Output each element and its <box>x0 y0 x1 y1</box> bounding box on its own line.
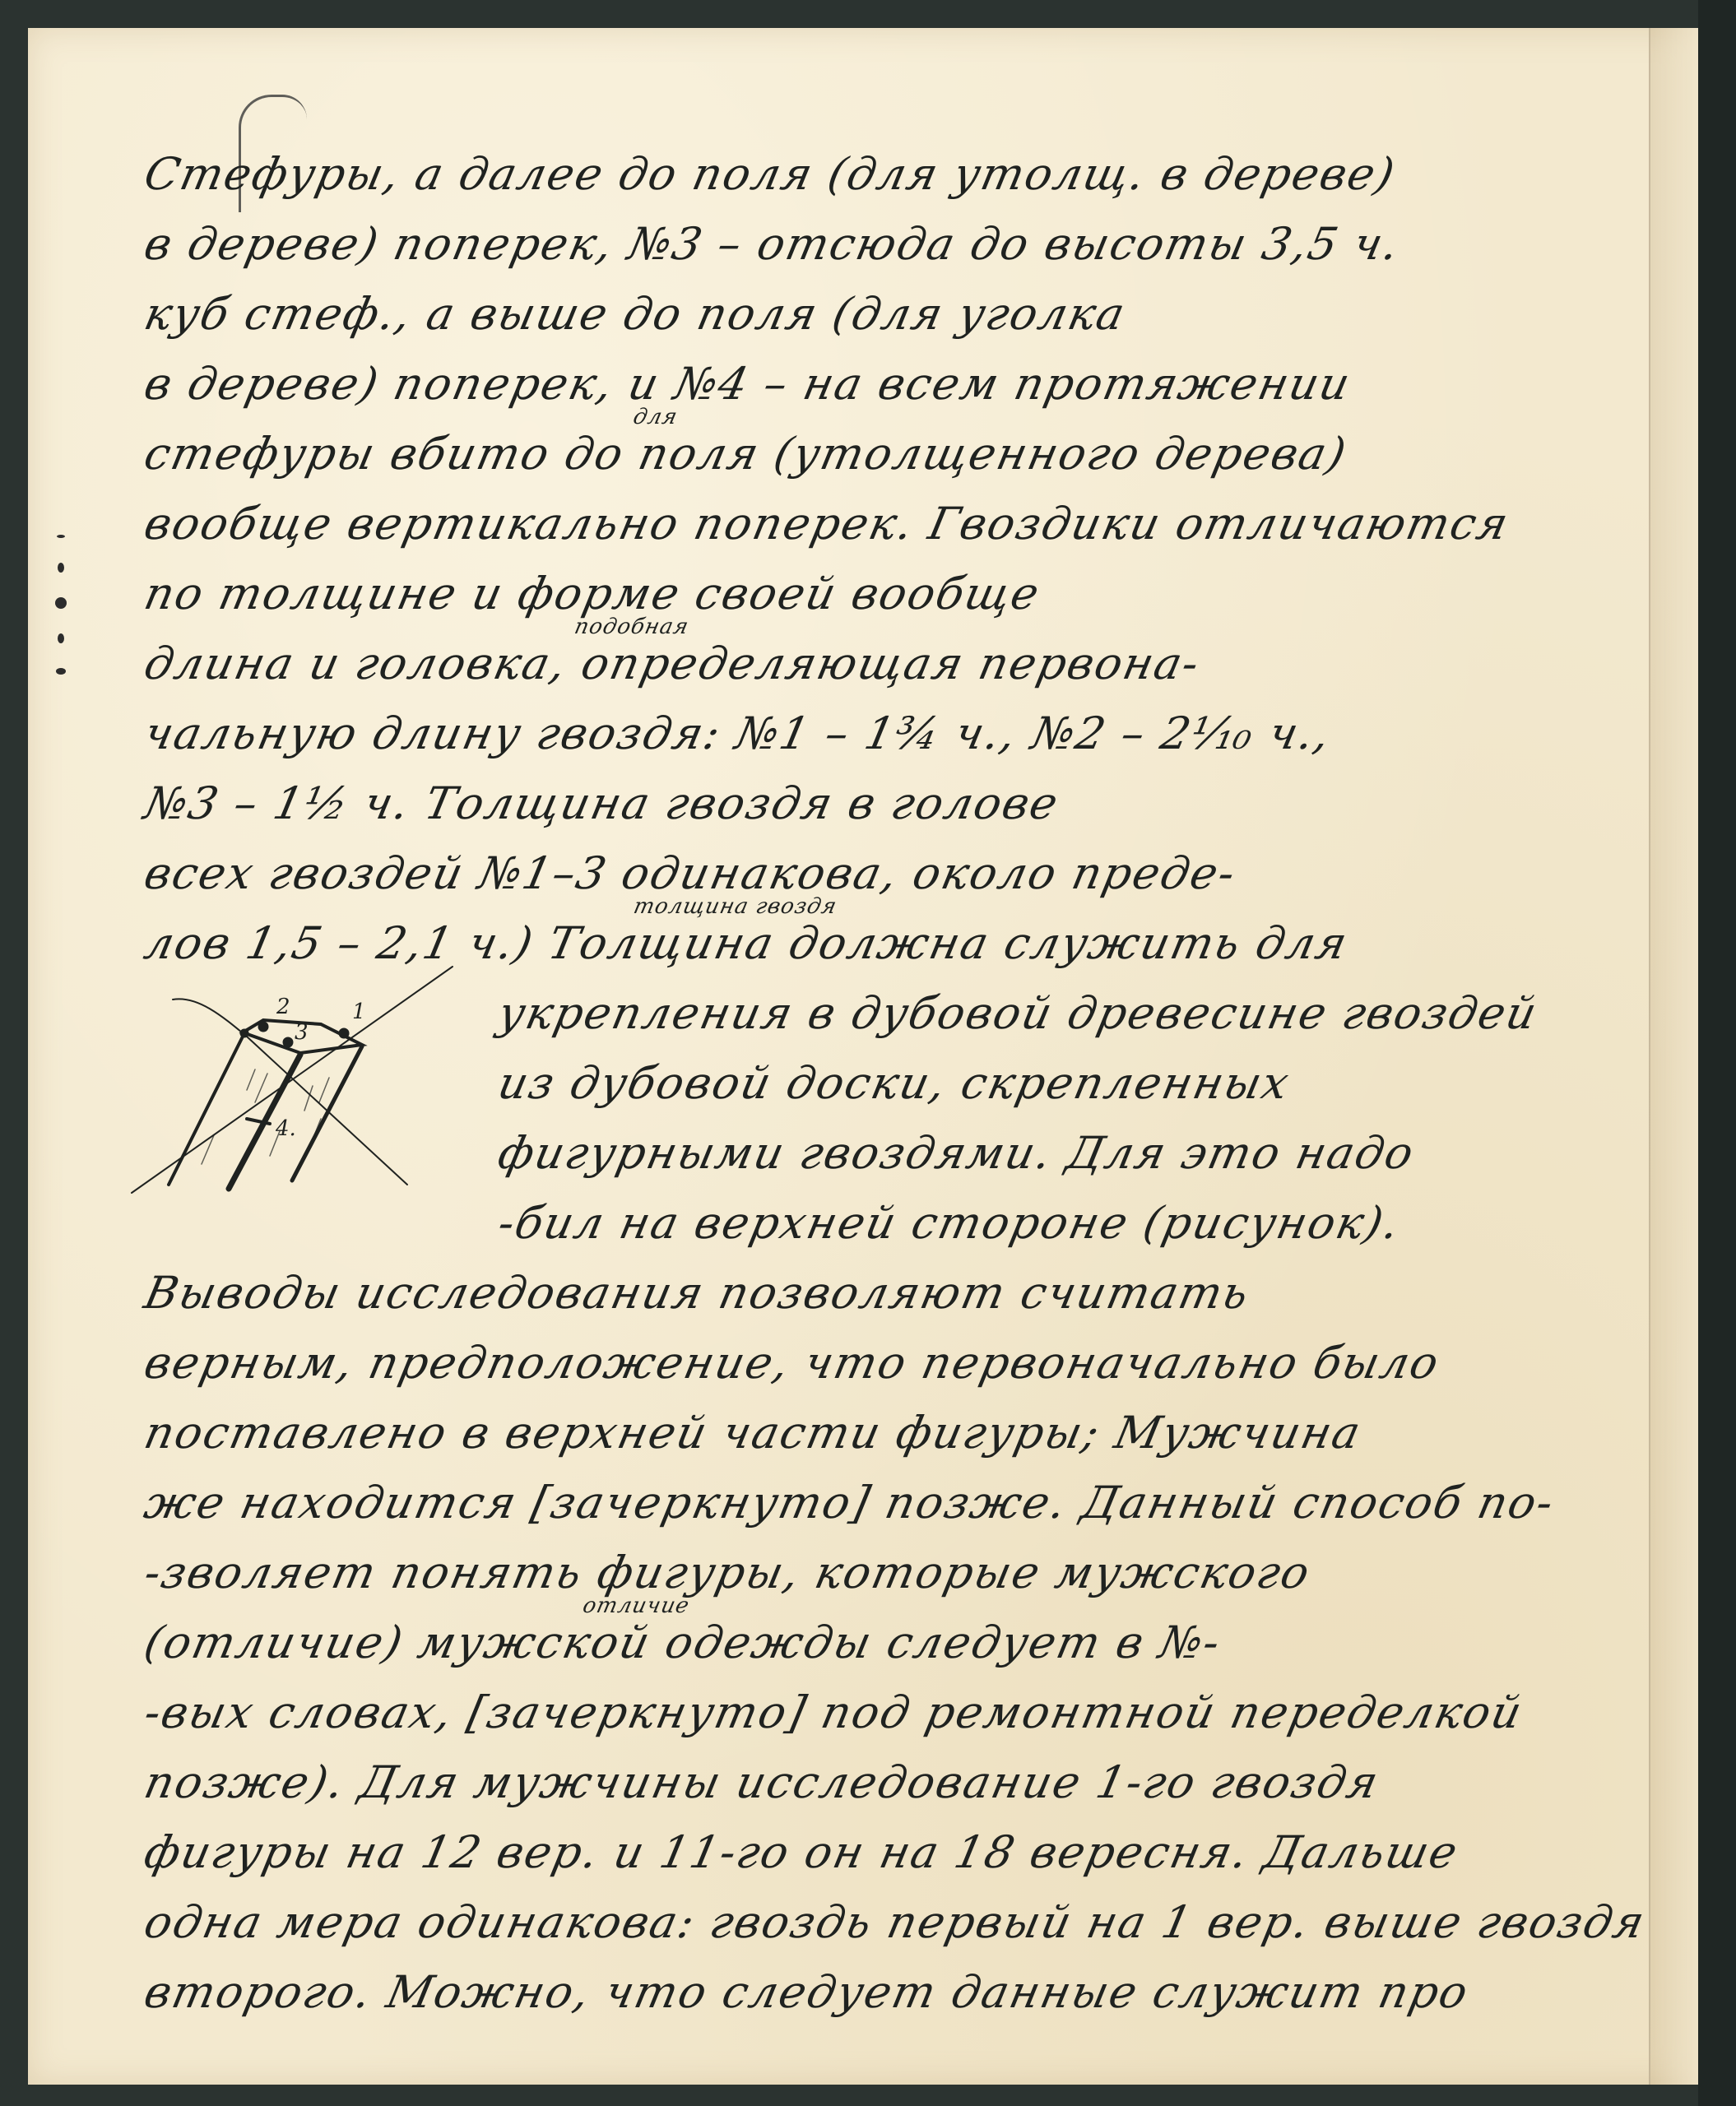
handwritten-line: поставлено в верхней части фигуры; Мужчи… <box>140 1407 1367 1459</box>
handwritten-line: укрепления в дубовой древесине гвоздей <box>494 987 1543 1039</box>
svg-text:4.: 4. <box>275 1116 296 1141</box>
handwritten-line: куб стеф., а выше до поля (для уголка <box>140 288 1130 340</box>
post-sketch-icon: 2 1 3 4. <box>123 954 469 1201</box>
handwritten-line: всех гвоздей №1–3 одинакова, около преде… <box>140 847 1241 899</box>
svg-text:1: 1 <box>352 1000 366 1024</box>
svg-text:2: 2 <box>276 995 290 1019</box>
handwritten-line: стефуры вбито до поля (утолщенного дерев… <box>140 428 1352 480</box>
svg-text:3: 3 <box>295 1020 309 1045</box>
handwritten-line: фигурными гвоздями. Для это надо <box>494 1127 1419 1179</box>
handwritten-line: по толщине и форме своей вообще <box>140 568 1045 619</box>
handwritten-line: позже). Для мужчины исследование 1-го гв… <box>140 1756 1384 1808</box>
handwritten-line: (отличие) мужской одежды следует в №-отл… <box>140 1617 1226 1668</box>
interlinear-insertion: отличие <box>581 1593 692 1618</box>
handwritten-line: №3 – 1½ ч. Толщина гвоздя в голове <box>140 777 1064 829</box>
handwritten-line: -зволяет понять фигуры, которые мужского <box>140 1547 1316 1598</box>
handwritten-line: в дереве) поперек, №3 – отсюда до высоты… <box>140 218 1405 270</box>
handwritten-line: из дубовой доски, скрепленных <box>494 1057 1295 1109</box>
handwritten-line: фигуры на 12 вер. и 11-го он на 18 верес… <box>140 1826 1464 1878</box>
interlinear-insertion: подобная <box>572 615 691 639</box>
handwritten-line: -вых словах, [зачеркнуто] под ремонтной … <box>140 1686 1528 1738</box>
handwritten-line: чальную длину гвоздя: №1 – 1¾ ч., №2 – 2… <box>140 707 1336 759</box>
handwritten-line: длина и головка, определяющая первона-по… <box>140 638 1205 689</box>
handwritten-line: второго. Можно, что следует данные служи… <box>140 1966 1474 2018</box>
handwritten-line: вообще вертикально поперек. Гвоздики отл… <box>140 498 1514 550</box>
handwritten-line: Стефуры, а далее до поля (для утолщ. в д… <box>140 148 1400 200</box>
handwritten-line: верным, предположение, что первоначально… <box>140 1337 1445 1389</box>
handwritten-line: Выводы исследования позволяют считать <box>140 1267 1255 1319</box>
handwritten-line: же находится [зачеркнуто] позже. Данный … <box>140 1477 1559 1528</box>
interlinear-insertion: для <box>631 405 680 429</box>
interlinear-insertion: толщина гвоздя <box>631 894 839 919</box>
handwritten-line: в дереве) поперек, и №4 – на всем протяж… <box>140 358 1356 410</box>
handwritten-line: одна мера одинакова: гвоздь первый на 1 … <box>140 1896 1650 1948</box>
handwritten-line: -бил на верхней стороне (рисунок). <box>494 1197 1405 1249</box>
